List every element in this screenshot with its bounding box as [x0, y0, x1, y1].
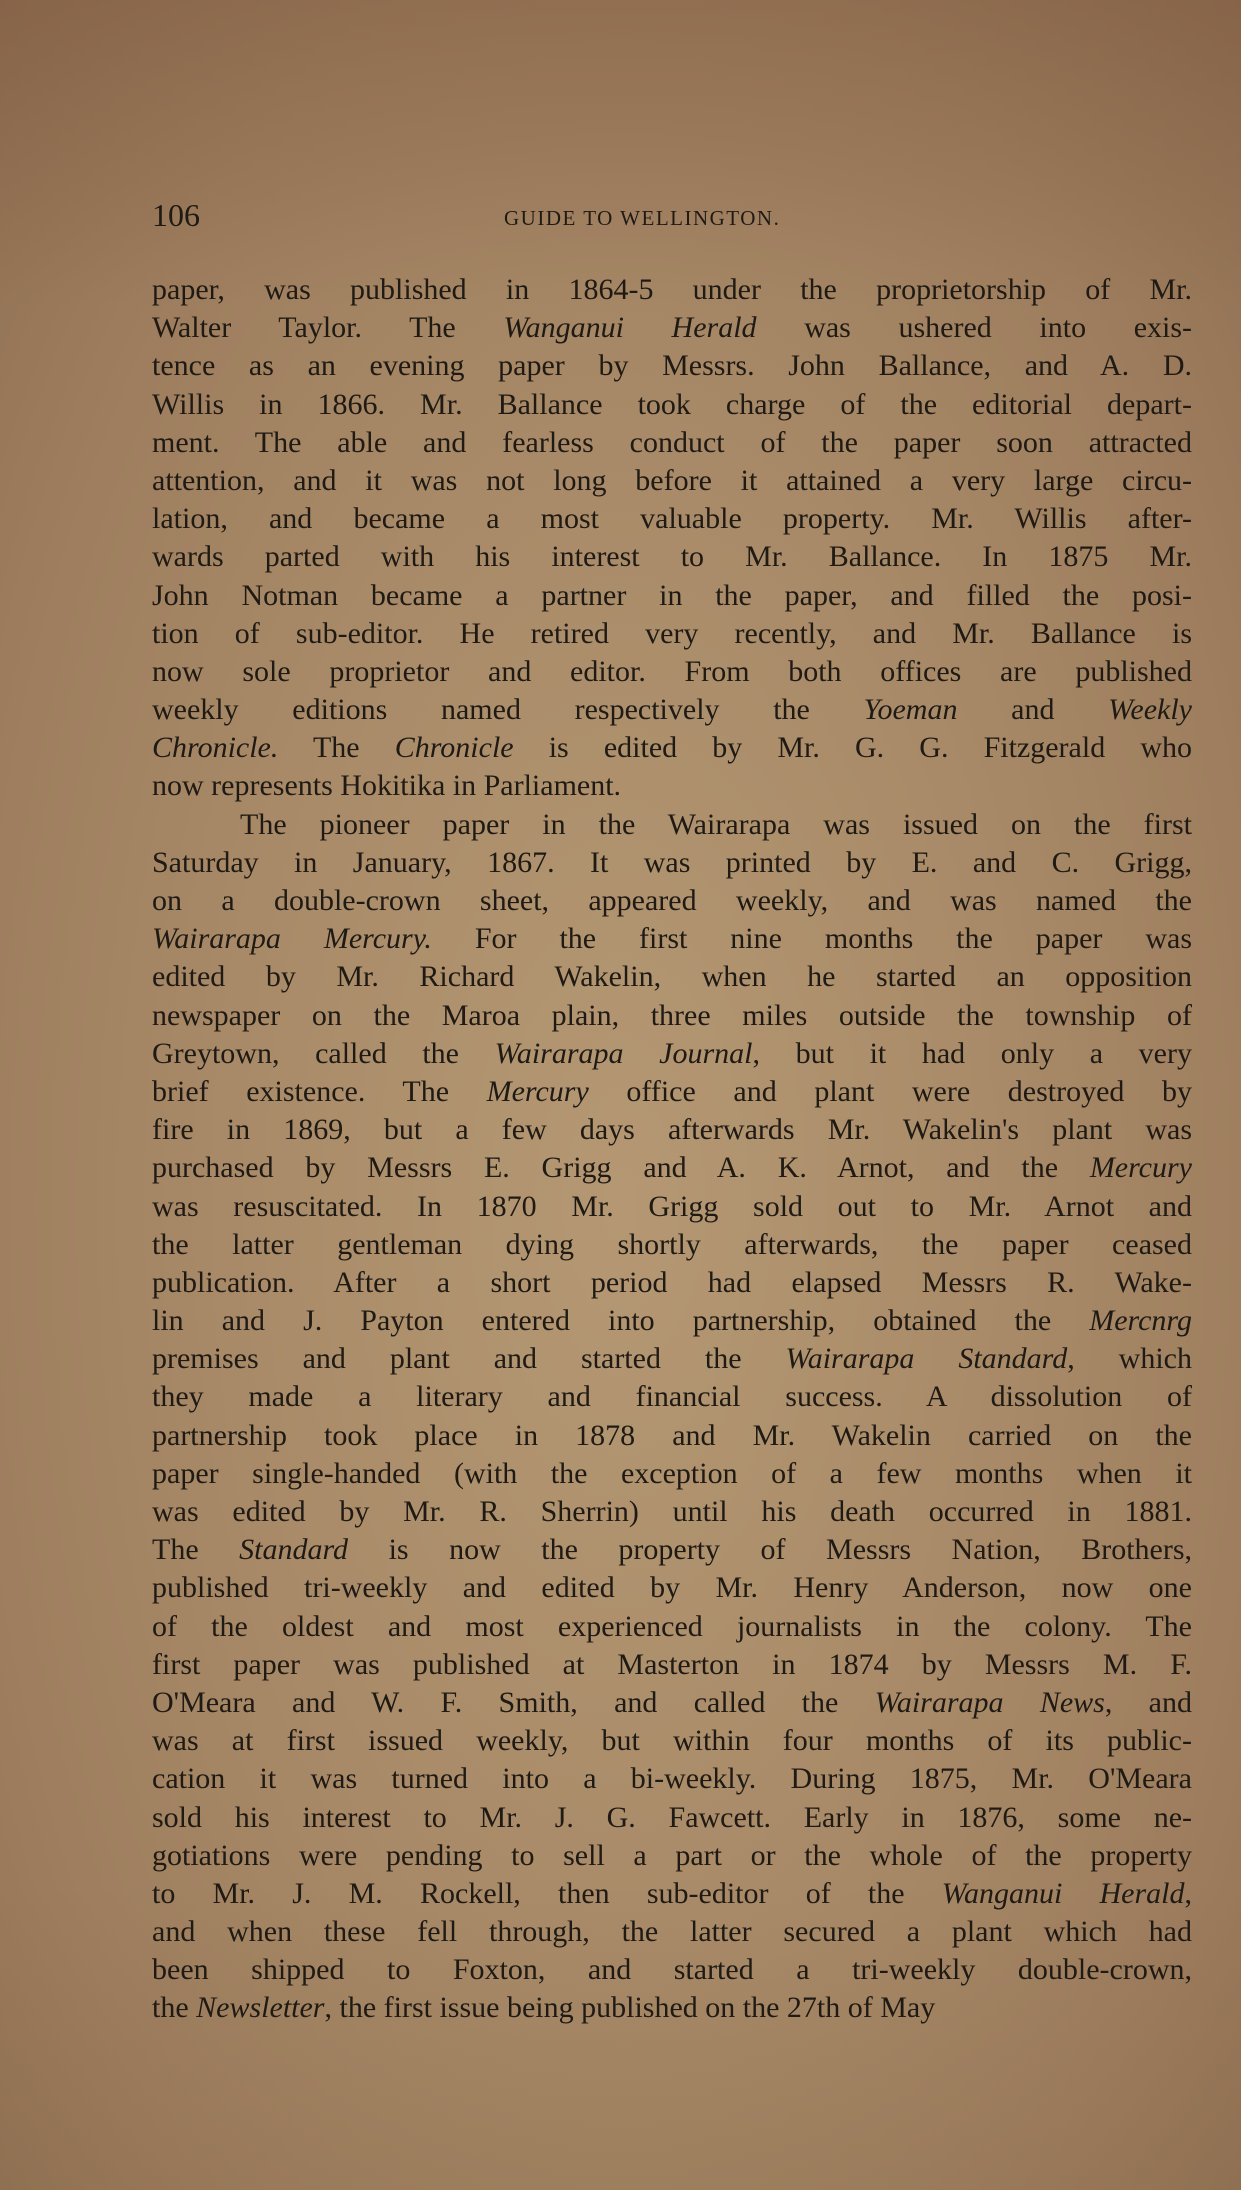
text-line: purchased by Messrs E. Grigg and A. K. A…: [152, 1149, 1192, 1187]
text-line: was resuscitated. In 1870 Mr. Grigg sold…: [152, 1188, 1192, 1226]
text-line: newspaper on the Maroa plain, three mile…: [152, 997, 1192, 1035]
text-segment: of the oldest and most experienced journ…: [152, 1610, 1192, 1643]
text-segment: was edited by Mr. R. Sherrin) until his …: [152, 1495, 1192, 1528]
text-line: to Mr. J. M. Rockell, then sub-editor of…: [152, 1875, 1192, 1913]
text-segment: publication. After a short period had el…: [152, 1266, 1192, 1299]
text-segment: partnership took place in 1878 and Mr. W…: [152, 1419, 1192, 1452]
italic-title: Wanganui Herald: [942, 1877, 1185, 1910]
text-segment: now sole proprietor and editor. From bot…: [152, 655, 1192, 688]
italic-title: Yoeman: [864, 693, 958, 726]
text-line: now represents Hokitika in Parliament.: [152, 767, 1192, 805]
text-line: now sole proprietor and editor. From bot…: [152, 653, 1192, 691]
italic-title: Mercury: [1090, 1151, 1192, 1184]
text-line: premises and plant and started the Waira…: [152, 1340, 1192, 1378]
text-segment: newspaper on the Maroa plain, three mile…: [152, 999, 1192, 1032]
text-line: Chronicle. The Chronicle is edited by Mr…: [152, 729, 1192, 767]
text-segment: John Notman became a partner in the pape…: [152, 579, 1192, 612]
text-line: on a double-crown sheet, appeared weekly…: [152, 882, 1192, 920]
text-segment: ,: [1185, 1877, 1193, 1910]
text-segment: lation, and became a most valuable prope…: [152, 502, 1192, 535]
text-segment: office and plant were destroyed by: [589, 1075, 1192, 1108]
text-segment: was ushered into exis-: [757, 311, 1192, 344]
text-segment: Walter Taylor. The: [152, 311, 503, 344]
text-segment: , and: [1105, 1686, 1192, 1719]
text-segment: attention, and it was not long before it…: [152, 464, 1192, 497]
text-line: of the oldest and most experienced journ…: [152, 1608, 1192, 1646]
text-segment: sold his interest to Mr. J. G. Fawcett. …: [152, 1801, 1192, 1834]
text-line: and when these fell through, the latter …: [152, 1913, 1192, 1951]
text-segment: brief existence. The: [152, 1075, 487, 1108]
text-segment: been shipped to Foxton, and started a tr…: [152, 1953, 1192, 1986]
text-segment: to Mr. J. M. Rockell, then sub-editor of…: [152, 1877, 942, 1910]
text-segment: The: [152, 1533, 239, 1566]
text-line: tion of sub-editor. He retired very rece…: [152, 615, 1192, 653]
text-line: publication. After a short period had el…: [152, 1264, 1192, 1302]
text-segment: is edited by Mr. G. G. Fitzgerald who: [514, 731, 1192, 764]
text-segment: tence as an evening paper by Messrs. Joh…: [152, 349, 1192, 382]
text-line: was at first issued weekly, but within f…: [152, 1722, 1192, 1760]
text-line: ment. The able and fearless conduct of t…: [152, 424, 1192, 462]
text-line: gotiations were pending to sell a part o…: [152, 1837, 1192, 1875]
text-segment: The: [278, 731, 394, 764]
text-line: first paper was published at Masterton i…: [152, 1646, 1192, 1684]
italic-title: Wairarapa News: [875, 1686, 1105, 1719]
text-segment: paper, was published in 1864-5 under the…: [152, 273, 1192, 306]
text-segment: , but it had only a very: [752, 1037, 1192, 1070]
text-line: Greytown, called the Wairarapa Journal, …: [152, 1035, 1192, 1073]
text-line: fire in 1869, but a few days afterwards …: [152, 1111, 1192, 1149]
text-segment: published tri-weekly and edited by Mr. H…: [152, 1571, 1192, 1604]
text-segment: edited by Mr. Richard Wakelin, when he s…: [152, 960, 1192, 993]
text-line: John Notman became a partner in the pape…: [152, 577, 1192, 615]
italic-title: Chronicle.: [152, 731, 278, 764]
italic-title: Chronicle: [395, 731, 514, 764]
text-line: weekly editions named respectively the Y…: [152, 691, 1192, 729]
text-line: partnership took place in 1878 and Mr. W…: [152, 1417, 1192, 1455]
text-segment: purchased by Messrs E. Grigg and A. K. A…: [152, 1151, 1090, 1184]
text-segment: gotiations were pending to sell a part o…: [152, 1839, 1192, 1872]
text-line: they made a literary and financial succe…: [152, 1378, 1192, 1416]
text-segment: is now the property of Messrs Nation, Br…: [348, 1533, 1192, 1566]
text-line: lin and J. Payton entered into partnersh…: [152, 1302, 1192, 1340]
page-number: 106: [152, 197, 200, 234]
body-text: paper, was published in 1864-5 under the…: [152, 271, 1192, 2028]
italic-title: Standard: [239, 1533, 348, 1566]
text-segment: Saturday in January, 1867. It was printe…: [152, 846, 1192, 879]
text-line: published tri-weekly and edited by Mr. H…: [152, 1569, 1192, 1607]
running-head-title: GUIDE TO WELLINGTON.: [504, 206, 780, 231]
text-segment: cation it was turned into a bi-weekly. D…: [152, 1762, 1192, 1795]
text-segment: tion of sub-editor. He retired very rece…: [152, 617, 1192, 650]
text-segment: first paper was published at Masterton i…: [152, 1648, 1192, 1681]
text-segment: wards parted with his interest to Mr. Ba…: [152, 540, 1192, 573]
text-line: attention, and it was not long before it…: [152, 462, 1192, 500]
italic-title: Newsletter: [196, 1991, 324, 2024]
text-segment: Willis in 1866. Mr. Ballance took charge…: [152, 388, 1192, 421]
italic-title: Mercnrg: [1089, 1304, 1192, 1337]
text-segment: Greytown, called the: [152, 1037, 495, 1070]
scanned-book-page: 106 GUIDE TO WELLINGTON. paper, was publ…: [0, 0, 1241, 2190]
text-line: Saturday in January, 1867. It was printe…: [152, 844, 1192, 882]
text-segment: on a double-crown sheet, appeared weekly…: [152, 884, 1192, 917]
text-line: lation, and became a most valuable prope…: [152, 500, 1192, 538]
italic-title: Weekly: [1108, 693, 1192, 726]
text-segment: the: [152, 1991, 196, 2024]
text-segment: now represents Hokitika in Parliament.: [152, 769, 621, 802]
text-line: been shipped to Foxton, and started a tr…: [152, 1951, 1192, 1989]
text-line: was edited by Mr. R. Sherrin) until his …: [152, 1493, 1192, 1531]
text-line: Wairarapa Mercury. For the first nine mo…: [152, 920, 1192, 958]
italic-title: Wairarapa Mercury.: [152, 922, 432, 955]
text-line: O'Meara and W. F. Smith, and called the …: [152, 1684, 1192, 1722]
text-segment: the latter gentleman dying shortly after…: [152, 1228, 1192, 1261]
running-head: 106 GUIDE TO WELLINGTON.: [152, 197, 1192, 237]
text-segment: O'Meara and W. F. Smith, and called the: [152, 1686, 875, 1719]
text-line: brief existence. The Mercury office and …: [152, 1073, 1192, 1111]
text-segment: was at first issued weekly, but within f…: [152, 1724, 1192, 1757]
text-segment: paper single-handed (with the exception …: [152, 1457, 1192, 1490]
italic-title: Wanganui Herald: [503, 311, 756, 344]
text-line: The Standard is now the property of Mess…: [152, 1531, 1192, 1569]
text-line: Willis in 1866. Mr. Ballance took charge…: [152, 386, 1192, 424]
text-segment: The pioneer paper in the Wairarapa was i…: [240, 808, 1192, 841]
text-line: Walter Taylor. The Wanganui Herald was u…: [152, 309, 1192, 347]
italic-title: Wairarapa Journal: [495, 1037, 753, 1070]
text-line: cation it was turned into a bi-weekly. D…: [152, 1760, 1192, 1798]
text-segment: , which: [1067, 1342, 1192, 1375]
text-segment: and: [957, 693, 1108, 726]
italic-title: Mercury: [487, 1075, 589, 1108]
text-line: wards parted with his interest to Mr. Ba…: [152, 538, 1192, 576]
text-line: sold his interest to Mr. J. G. Fawcett. …: [152, 1799, 1192, 1837]
text-line: edited by Mr. Richard Wakelin, when he s…: [152, 958, 1192, 996]
text-line: the latter gentleman dying shortly after…: [152, 1226, 1192, 1264]
text-segment: , the first issue being published on the…: [324, 1991, 935, 2024]
text-segment: was resuscitated. In 1870 Mr. Grigg sold…: [152, 1190, 1192, 1223]
text-segment: weekly editions named respectively the: [152, 693, 864, 726]
text-segment: ment. The able and fearless conduct of t…: [152, 426, 1192, 459]
text-line: paper single-handed (with the exception …: [152, 1455, 1192, 1493]
italic-title: Wairarapa Standard: [785, 1342, 1067, 1375]
text-segment: lin and J. Payton entered into partnersh…: [152, 1304, 1089, 1337]
text-segment: they made a literary and financial succe…: [152, 1380, 1192, 1413]
text-segment: fire in 1869, but a few days afterwards …: [152, 1113, 1192, 1146]
text-line: tence as an evening paper by Messrs. Joh…: [152, 347, 1192, 385]
text-line: The pioneer paper in the Wairarapa was i…: [152, 806, 1192, 844]
text-segment: premises and plant and started the: [152, 1342, 785, 1375]
text-segment: and when these fell through, the latter …: [152, 1915, 1192, 1948]
text-segment: For the first nine months the paper was: [432, 922, 1192, 955]
text-line: the Newsletter, the first issue being pu…: [152, 1989, 1192, 2027]
text-line: paper, was published in 1864-5 under the…: [152, 271, 1192, 309]
